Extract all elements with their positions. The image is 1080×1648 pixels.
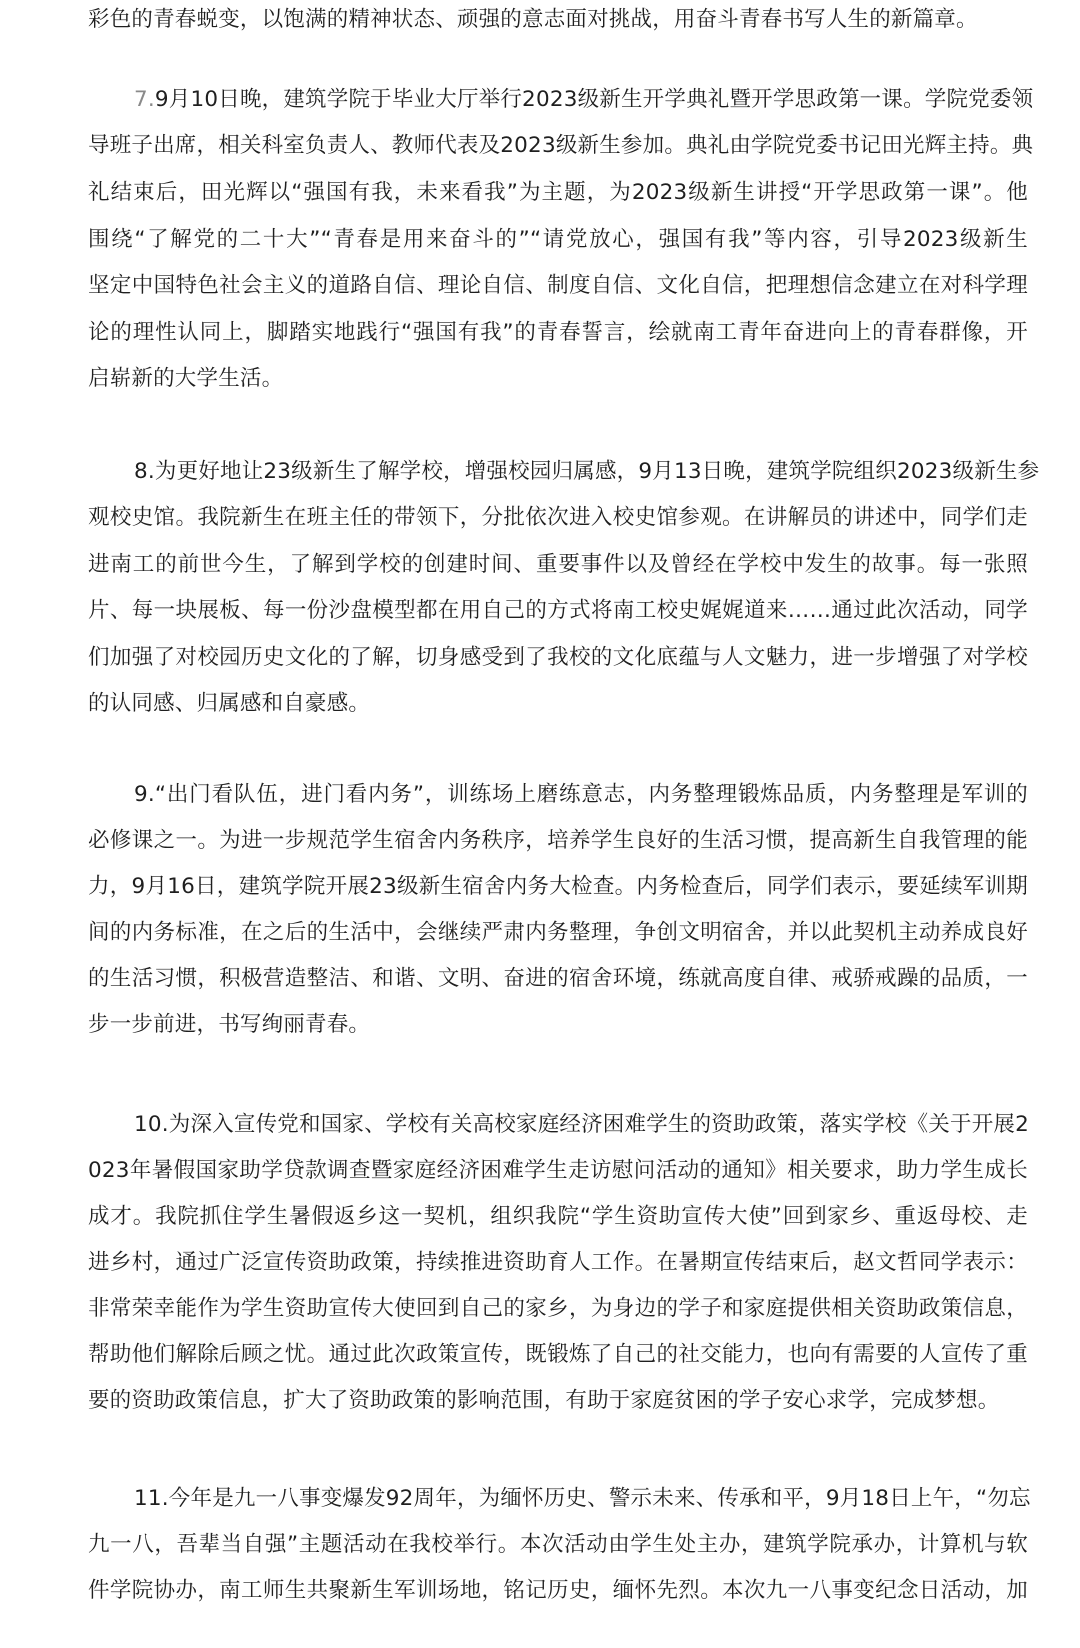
paragraph-9-line-1: 9.“出门看队伍，进门看内务”，训练场上磨练意志，内务整理锻炼品质，内务整理是军… <box>134 780 1028 810</box>
paragraph-11-line-1: 11.今年是九一八事变爆发92周年，为缅怀历史、警示未来、传承和平，9月18日上… <box>134 1484 1028 1514</box>
paragraph-9-line-5: 的生活习惯，积极营造整洁、和谐、文明、奋进的宿舍环境，练就高度自律、戒骄戒躁的品… <box>88 964 1028 994</box>
paragraph-11-line-2: 九一八，吾辈当自强”主题活动在我校举行。本次活动由学生处主办，建筑学院承办，计算… <box>88 1530 1028 1560</box>
paragraph-6-line-1: 彩色的青春蜕变，以饱满的精神状态、顽强的意志面对挑战，用奋斗青春书写人生的新篇章… <box>88 5 1028 35</box>
paragraph-9-line-4: 间的内务标准，在之后的生活中，会继续严肃内务整理，争创文明宿舍，并以此契机主动养… <box>88 918 1028 948</box>
paragraph-9-line-6: 步一步前进，书写绚丽青春。 <box>88 1010 1028 1040</box>
paragraph-7-line-4: 围绕“了解党的二十大”“青春是用来奋斗的”“请党放心，强国有我”等内容，引导20… <box>88 225 1028 255</box>
paragraph-8-line-6: 的认同感、归属感和自豪感。 <box>88 689 1028 719</box>
paragraph-7-line-2: 导班子出席，相关科室负责人、教师代表及2023级新生参加。典礼由学院党委书记田光… <box>88 131 1028 161</box>
paragraph-7-line-7: 启崭新的大学生活。 <box>88 364 1028 394</box>
paragraph-10-line-7: 要的资助政策信息，扩大了资助政策的影响范围，有助于家庭贫困的学子安心求学，完成梦… <box>88 1386 1028 1416</box>
paragraph-9-line-3: 力，9月16日，建筑学院开展23级新生宿舍内务大检查。内务检查后，同学们表示，要… <box>88 872 1028 902</box>
paragraph-11-line-3: 件学院协办，南工师生共聚新生军训场地，铭记历史，缅怀先烈。本次九一八事变纪念日活… <box>88 1576 1028 1606</box>
paragraph-7-number: 7. <box>134 87 155 112</box>
paragraph-8-line-2: 观校史馆。我院新生在班主任的带领下，分批依次进入校史馆参观。在讲解员的讲述中，同… <box>88 503 1028 533</box>
paragraph-8-line-1: 8.为更好地让23级新生了解学校，增强校园归属感，9月13日晚，建筑学院组织20… <box>134 457 1028 487</box>
paragraph-7-line-1: 7.9月10日晚，建筑学院于毕业大厅举行2023级新生开学典礼暨开学思政第一课。… <box>134 85 1028 115</box>
paragraph-10-line-6: 帮助他们解除后顾之忧。通过此次政策宣传，既锻炼了自己的社交能力，也向有需要的人宣… <box>88 1340 1028 1370</box>
paragraph-7-line-6: 论的理性认同上，脚踏实地践行“强国有我”的青春誓言，绘就南工青年奋进向上的青春群… <box>88 318 1028 348</box>
paragraph-10-line-2: 023年暑假国家助学贷款调查暨家庭经济困难学生走访慰问活动的通知》相关要求，助力… <box>88 1156 1028 1186</box>
paragraph-9-line-2: 必修课之一。为进一步规范学生宿舍内务秩序，培养学生良好的生活习惯，提高新生自我管… <box>88 826 1028 856</box>
paragraph-7-line-3: 礼结束后，田光辉以“强国有我，未来看我”为主题，为2023级新生讲授“开学思政第… <box>88 178 1028 208</box>
paragraph-7-line-1-text: 9月10日晚，建筑学院于毕业大厅举行2023级新生开学典礼暨开学思政第一课。学院… <box>155 87 1033 112</box>
paragraph-10-line-5: 非常荣幸能作为学生资助宣传大使回到自己的家乡，为身边的学子和家庭提供相关资助政策… <box>88 1294 1028 1324</box>
paragraph-7-line-5: 坚定中国特色社会主义的道路自信、理论自信、制度自信、文化自信，把理想信念建立在对… <box>88 271 1028 301</box>
paragraph-8-line-5: 们加强了对校园历史文化的了解，切身感受到了我校的文化底蕴与人文魅力，进一步增强了… <box>88 643 1028 673</box>
paragraph-8-line-3: 进南工的前世今生，了解到学校的创建时间、重要事件以及曾经在学校中发生的故事。每一… <box>88 550 1028 580</box>
paragraph-10-line-4: 进乡村，通过广泛宣传资助政策，持续推进资助育人工作。在暑期宣传结束后，赵文哲同学… <box>88 1248 1028 1278</box>
paragraph-10-line-1: 10.为深入宣传党和国家、学校有关高校家庭经济困难学生的资助政策，落实学校《关于… <box>134 1110 1028 1140</box>
paragraph-10-line-3: 成才。我院抓住学生暑假返乡这一契机，组织我院“学生资助宣传大使”回到家乡、重返母… <box>88 1202 1028 1232</box>
paragraph-8-line-4: 片、每一块展板、每一份沙盘模型都在用自己的方式将南工校史娓娓道来……通过此次活动… <box>88 596 1028 626</box>
